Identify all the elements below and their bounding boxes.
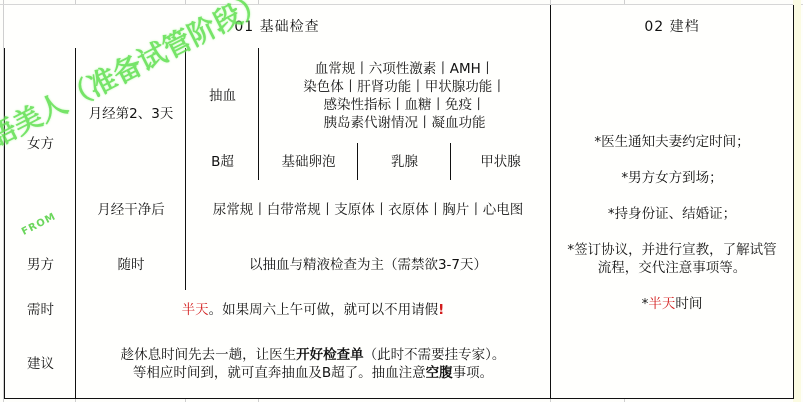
row-label-male: 男方 bbox=[4, 240, 76, 291]
blood-items-line: 染色体丨肝肾功能丨甲状腺功能丨 bbox=[303, 78, 506, 96]
row-label-female: 女方 bbox=[4, 48, 76, 241]
filing-item: *签订协议，并进行宣教，了解试管 bbox=[567, 241, 776, 259]
half-day-highlight: 半天 bbox=[182, 302, 209, 318]
section-header-basic-check: 01 基础检查 bbox=[4, 5, 550, 49]
blood-items-line: 血常规丨六项性激素丨AMH丨 bbox=[315, 60, 495, 78]
filing-details: *医生通知夫妻约定时间； *男方女方到场； *持身份证、结婚证； *签订协议，并… bbox=[550, 48, 794, 399]
ultrasound-item-breast: 乳腺 bbox=[357, 143, 451, 181]
advice-line2-part: 等相应时间到，就可直奔抽血及B超了。抽血注意 bbox=[133, 365, 426, 381]
ultrasound-item-follicle: 基础卵泡 bbox=[258, 143, 358, 181]
filing-item: *持身份证、结婚证； bbox=[608, 205, 736, 223]
blood-draw-items: 血常规丨六项性激素丨AMH丨 染色体丨肝肾功能丨甲状腺功能丨 感染性指标丨血糖丨… bbox=[258, 48, 550, 144]
advice-emphasis-checklist: 开好检查单 bbox=[296, 347, 364, 363]
advice-line2-part: 事项。 bbox=[453, 365, 494, 381]
after-period-items: 尿常规丨白带常规丨支原体丨衣原体丨胸片丨心电图 bbox=[185, 180, 550, 241]
filing-item: 流程，交代注意事项等。 bbox=[598, 259, 747, 277]
exclaim: ! bbox=[438, 302, 444, 318]
ultrasound-item-thyroid: 甲状腺 bbox=[450, 143, 550, 181]
male-items: 以抽血与精液检查为主（需禁欲3-7天） bbox=[185, 240, 550, 291]
filing-item-suffix: 时间 bbox=[675, 296, 702, 312]
time-needed-rest: 。如果周六上午可做，就可以不用请假 bbox=[209, 302, 439, 318]
column-edge bbox=[793, 0, 801, 402]
timing-after-period: 月经干净后 bbox=[75, 180, 186, 241]
blood-items-line: 胰岛素代谢情况丨凝血功能 bbox=[324, 114, 486, 132]
filing-item: *男方女方到场； bbox=[621, 169, 722, 187]
blood-items-line: 感染性指标丨血糖丨免疫丨 bbox=[324, 96, 486, 114]
half-day-highlight: 半天 bbox=[648, 296, 675, 312]
row-label-advice: 建议 bbox=[4, 330, 76, 399]
advice-text: 趁休息时间先去一趟，让医生开好检查单（此时不需要挂专家）。 等相应时间到，就可直… bbox=[75, 330, 550, 399]
advice-line1-part: 趁休息时间先去一趟，让医生 bbox=[121, 347, 297, 363]
advice-line1-part: （此时不需要挂专家）。 bbox=[364, 347, 506, 363]
section-header-filing: 02 建档 bbox=[550, 5, 794, 49]
row-label-time-needed: 需时 bbox=[4, 290, 76, 331]
time-needed-text: 半天。如果周六上午可做，就可以不用请假! bbox=[75, 290, 550, 331]
male-timing: 随时 bbox=[75, 240, 186, 291]
blood-draw-label: 抽血 bbox=[185, 48, 259, 144]
ultrasound-label: B超 bbox=[185, 143, 259, 181]
timing-period-day-2-3: 月经第2、3天 bbox=[75, 48, 186, 181]
filing-item: *半天时间 bbox=[642, 295, 703, 313]
filing-item: *医生通知夫妻约定时间； bbox=[594, 133, 749, 151]
advice-emphasis-fasting: 空腹 bbox=[426, 365, 453, 381]
